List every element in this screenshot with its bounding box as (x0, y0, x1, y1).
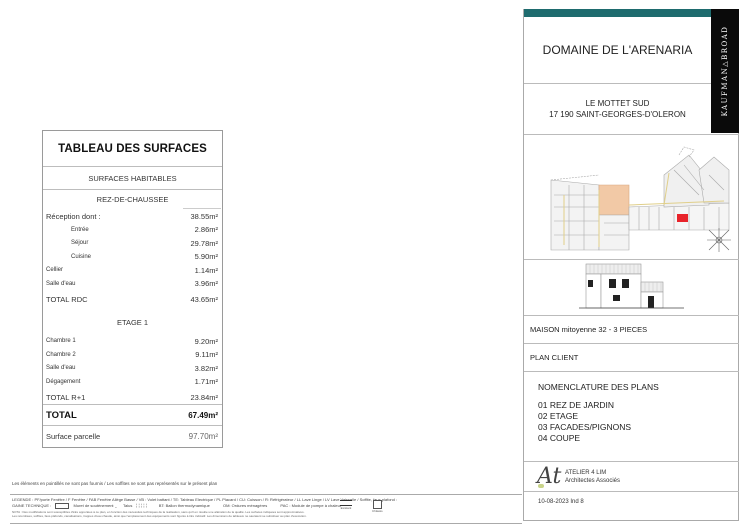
row-value: 9.20m² (195, 337, 218, 346)
row-value: 9.11m² (195, 350, 218, 359)
row-label: Chambre 1 (46, 338, 76, 344)
table-row: Salle d'eau3.82m² (43, 362, 222, 374)
row-value: 3.96m² (195, 279, 218, 288)
value-divider (183, 208, 221, 209)
legend-box: LEGENDE : PF/porte Fenêtre / F Fenêtre /… (10, 494, 522, 524)
row-value: 2.86m² (195, 225, 218, 234)
row-value: 1.14m² (195, 266, 218, 275)
grand-total-label: TOTAL (46, 410, 77, 421)
site-plan (524, 134, 739, 260)
legend-om: OM: Ordures ménagères (223, 503, 267, 508)
row-label: Cuisine (46, 254, 91, 260)
row-value: 1.71m² (195, 377, 218, 386)
gaine-symbol-icon (55, 503, 69, 509)
row-label: Chambre 2 (46, 352, 76, 358)
total-rdc-row: TOTAL RDC43.65m² (43, 293, 222, 305)
compass-icon (707, 228, 731, 252)
lot-description: MAISON mitoyenne 32 - 3 PIECES (524, 315, 739, 343)
house-elevation (524, 259, 739, 316)
row-label: Séjour (46, 240, 88, 246)
row-label: Dégagement (46, 379, 80, 385)
elevation-drawing (524, 260, 739, 316)
parcel-label: Surface parcelle (46, 432, 100, 441)
address-line-1: LE MOTTET SUD (586, 98, 650, 109)
plan-type: PLAN CLIENT (524, 343, 739, 371)
footer-note: Les éléments en pointillés ne sont pas f… (12, 481, 217, 486)
plan-item: 04 COUPE (538, 433, 739, 444)
row-label: Salle d'eau (46, 281, 76, 287)
row-label: Réception dont : (46, 212, 101, 221)
table-subtitle: SURFACES HABITABLES (43, 167, 222, 190)
row-value: 3.82m² (195, 364, 218, 373)
surfaces-table: TABLEAU DES SURFACES SURFACES HABITABLES… (42, 130, 223, 448)
table-row: Salle d'eau3.96m² (43, 278, 222, 290)
date-index: 10-08-2023 Ind 8 (524, 491, 739, 507)
grand-total-value: 67.49m² (188, 411, 218, 420)
muret-symbol-icon: ˏˏˏˏ (115, 503, 116, 508)
table-row: Entrée2.86m² (43, 224, 222, 236)
legend-symbol-label: Châssis (372, 509, 383, 513)
address-line-2: 17 190 SAINT-GEORGES-D'OLERON (549, 109, 686, 120)
parcel-row: Surface parcelle 97.70m² (43, 425, 222, 447)
row-label: Entrée (46, 227, 89, 233)
grand-total-row: TOTAL 67.49m² (43, 404, 222, 426)
row-value: 29.78m² (190, 239, 218, 248)
teal-header-bar (524, 9, 712, 17)
table-row: Chambre 29.11m² (43, 349, 222, 361)
legend-pac: PAC : Module de pompe à chaleur (280, 503, 341, 508)
legend-bt: BT: Ballon thermodynamique (159, 503, 210, 508)
table-row: Dégagement1.71m² (43, 376, 222, 388)
table-row: Séjour29.78m² (43, 237, 222, 249)
legend-symbol-chassis: Châssis (372, 500, 383, 513)
brand-text: KAUFMAN△BROAD (721, 26, 729, 117)
architect-subtitle: Architectes Associés (565, 478, 620, 484)
table-row: Chambre 19.20m² (43, 335, 222, 347)
window-symbol-icon (373, 500, 382, 509)
plans-nomenclature: NOMENCLATURE DES PLANS 01 REZ DE JARDIN … (524, 371, 739, 467)
legend-symbol-label: Existant (340, 506, 352, 510)
row-value: 5.90m² (195, 252, 218, 261)
row-label: TOTAL RDC (46, 295, 88, 304)
row-value: 23.84m² (190, 393, 218, 402)
project-address: LE MOTTET SUD 17 190 SAINT-GEORGES-D'OLE… (524, 84, 711, 134)
title-block: KAUFMAN△BROAD DOMAINE DE L'ARENARIA LE M… (523, 9, 739, 521)
plan-item: 02 ETAGE (538, 411, 739, 422)
legend-note-2: Les retombées, soffites, faux-plafonds, … (12, 514, 307, 518)
brand-logo: KAUFMAN△BROAD (711, 9, 739, 133)
legend-muret: Muret de soutènement (74, 503, 114, 508)
site-plan-drawing (524, 135, 739, 260)
legend-symbol-existant: Existant (340, 500, 352, 510)
architect-name: ATELIER 4 LIM (565, 470, 606, 476)
architect-logo-leaf-icon (538, 484, 544, 488)
total-r1-row: TOTAL R+123.84m² (43, 391, 222, 403)
surfaces-rows: Réception dont :38.55m²Entrée2.86m²Séjou… (43, 206, 222, 406)
project-title: DOMAINE DE L'ARENARIA (524, 17, 711, 84)
table-title: TABLEAU DES SURFACES (43, 131, 222, 167)
legend-gaine: GAINE TECHNIQUE : (12, 503, 51, 508)
architect-block: At ATELIER 4 LIM Architectes Associés (524, 461, 739, 492)
section-heading-etage: ETAGE 1 (43, 313, 222, 331)
table-row: Cellier1.14m² (43, 264, 222, 276)
legend-line-2: GAINE TECHNIQUE : Muret de soutènement ˏ… (12, 503, 341, 509)
legend-talus: Talus (123, 503, 132, 508)
table-row: Réception dont :38.55m² (43, 210, 222, 222)
row-label: Salle d'eau (46, 365, 76, 371)
table-row: Cuisine5.90m² (43, 251, 222, 263)
row-value: 43.65m² (190, 295, 218, 304)
nomenclature-title: NOMENCLATURE DES PLANS (538, 382, 739, 392)
lot-highlight (677, 214, 688, 222)
plan-item: 03 FACADES/PIGNONS (538, 422, 739, 433)
plan-item: 01 REZ DE JARDIN (538, 400, 739, 411)
row-value: 38.55m² (190, 212, 218, 221)
parcel-value: 97.70m² (189, 432, 218, 441)
row-label: TOTAL R+1 (46, 393, 85, 402)
talus-symbol-icon: ╎╎╎╎╎ (136, 503, 148, 508)
row-label: Cellier (46, 267, 63, 273)
